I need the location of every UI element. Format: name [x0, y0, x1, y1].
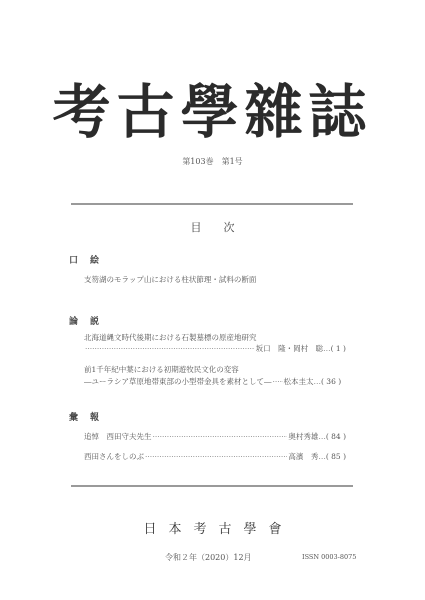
dot-leader [273, 377, 283, 386]
volume-issue: 第103巻 第1号 [0, 156, 425, 167]
toc-entry-page: ( 36 ) [321, 377, 341, 386]
dot-leader [153, 432, 288, 441]
publication-date: 令和２年（2020）12月 [165, 552, 252, 563]
bottom-divider [71, 485, 353, 487]
journal-title: 考古學雜誌 [0, 72, 425, 152]
dot-leader [145, 452, 287, 461]
toc-entry[interactable]: 追悼 西田守夫先生 奥村秀雄 … ( 84 ) [84, 431, 346, 442]
dot-leader [85, 344, 255, 353]
toc-entry-title[interactable]: 支笏湖のモラップ山における柱状節理・試料の断面 [84, 274, 256, 285]
toc-entry-title: 西田さんをしのぶ [84, 451, 144, 462]
section-label-articles: 論説 [69, 314, 111, 327]
publisher-name: 日本考古學會 [0, 518, 425, 537]
toc-entry-page: ( 84 ) [326, 432, 346, 441]
toc-entry-subtitle: ―ユーラシア草原地帯東部の小型帯金具を素材として― [84, 376, 272, 387]
section-label-reports: 彙報 [69, 410, 111, 423]
section-label-frontispiece: 口絵 [69, 253, 111, 266]
toc-entry-title[interactable]: 北海道縄文時代後期における石製墓標の原産地研究 [84, 332, 257, 343]
toc-entry-title[interactable]: 前1千年紀中葉における初期遊牧民文化の変容 [84, 364, 239, 375]
toc-entry-page: ( 1 ) [331, 344, 346, 353]
top-divider [71, 203, 353, 205]
toc-entry-leader-line: 坂口 隆・岡村 聡 … ( 1 ) [84, 343, 346, 354]
toc-entry-title: 追悼 西田守夫先生 [84, 431, 152, 442]
toc-entry[interactable]: 西田さんをしのぶ 高濱 秀 … ( 85 ) [84, 451, 346, 462]
toc-entry-author: 高濱 秀 [288, 451, 318, 462]
toc-entry-author: 奥村秀雄 [288, 431, 318, 442]
toc-entry-author: 松本圭太 [284, 376, 314, 387]
toc-entry-author: 坂口 隆・岡村 聡 [256, 343, 324, 354]
issn: ISSN 0003-8075 [302, 553, 356, 561]
toc-entry-page: ( 85 ) [326, 452, 346, 461]
toc-heading: 目次 [0, 219, 425, 235]
toc-entry-leader-line: ―ユーラシア草原地帯東部の小型帯金具を素材として― 松本圭太 … ( 36 ) [84, 376, 346, 387]
